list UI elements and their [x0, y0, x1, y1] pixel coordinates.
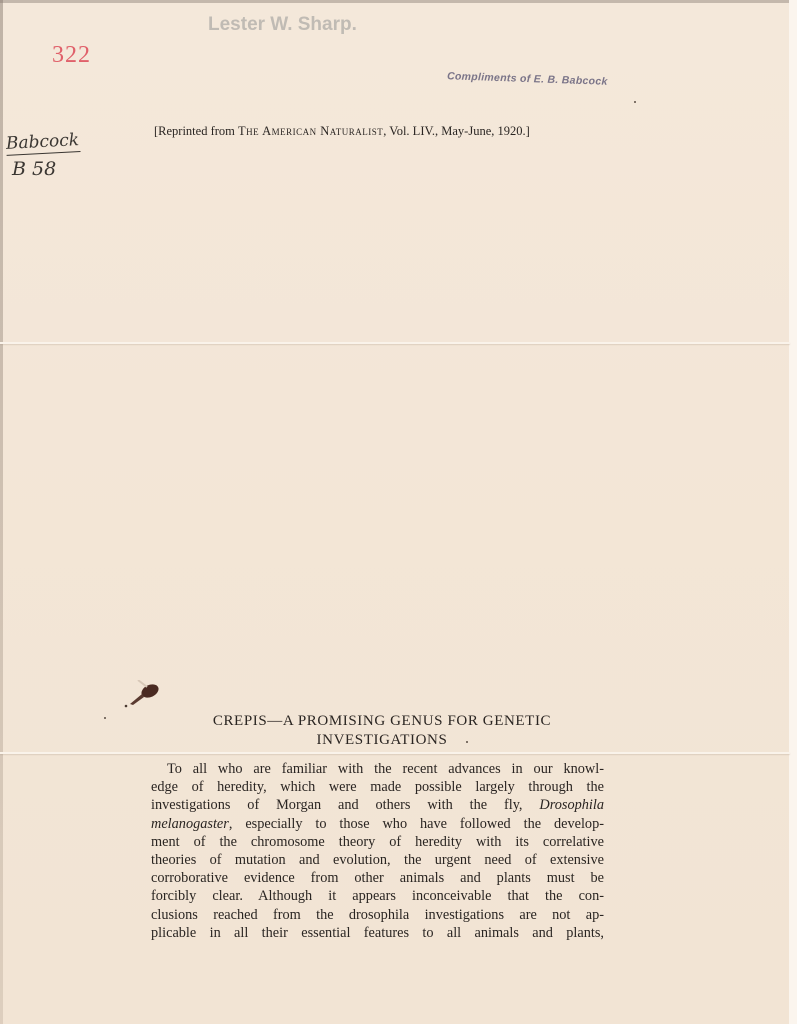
handwritten-shelf-mark: B 58 — [12, 158, 80, 180]
page-left-edge — [0, 0, 3, 1024]
page-right-edge — [789, 0, 797, 1024]
body-line: ment of the chromosome theory of heredit… — [151, 833, 604, 851]
body-line: corroborative evidence from other animal… — [151, 869, 604, 887]
handwritten-name: Babcock — [5, 130, 80, 156]
article-title: CREPIS—A PROMISING GENUS FOR GENETIC INV… — [152, 712, 612, 750]
reprint-notice: [Reprinted from The American Naturalist,… — [154, 124, 530, 139]
owner-name-stamp: Lester W. Sharp. — [208, 14, 357, 36]
body-line: To all who are familiar with the recent … — [151, 760, 604, 778]
page-top-edge — [0, 0, 797, 3]
body-text-segment: investigations of Morgan and others with… — [151, 797, 539, 813]
paper-fold-upper — [0, 342, 790, 344]
body-line: investigations of Morgan and others with… — [151, 796, 604, 814]
body-line: melanogaster, especially to those who ha… — [151, 815, 604, 833]
article-body: To all who are familiar with the recent … — [151, 760, 604, 942]
species-epithet-italic: melanogaster — [151, 816, 229, 832]
body-line: plicable in all their essential features… — [151, 924, 604, 942]
title-line-2: INVESTIGATIONS — [152, 731, 612, 750]
compliments-stamp: Compliments of E. B. Babcock — [447, 70, 608, 88]
catalog-number-stamp: 322 — [52, 42, 91, 69]
journal-name: The American Naturalist — [238, 124, 383, 138]
body-text-segment: , especially to those who have followed … — [229, 816, 604, 832]
species-genus-italic: Drosophila — [539, 797, 604, 813]
document-page: 322 Lester W. Sharp. Compliments of E. B… — [0, 0, 797, 1024]
paper-speck — [104, 717, 106, 719]
reprint-prefix: [Reprinted from — [154, 124, 238, 138]
body-line: clusions reached from the drosophila inv… — [151, 906, 604, 924]
paper-fold-lower — [0, 752, 790, 754]
body-line: edge of heredity, which were made possib… — [151, 778, 604, 796]
title-line-1: CREPIS—A PROMISING GENUS FOR GENETIC — [152, 712, 612, 731]
paper-speck — [634, 101, 636, 103]
handwritten-annotation: Babcock B 58 — [6, 132, 80, 180]
reprint-suffix: , Vol. LIV., May-June, 1920.] — [383, 124, 530, 138]
ink-blot-icon — [120, 680, 160, 710]
body-line: forcibly clear. Although it appears inco… — [151, 887, 604, 905]
body-line: theories of mutation and evolution, the … — [151, 851, 604, 869]
